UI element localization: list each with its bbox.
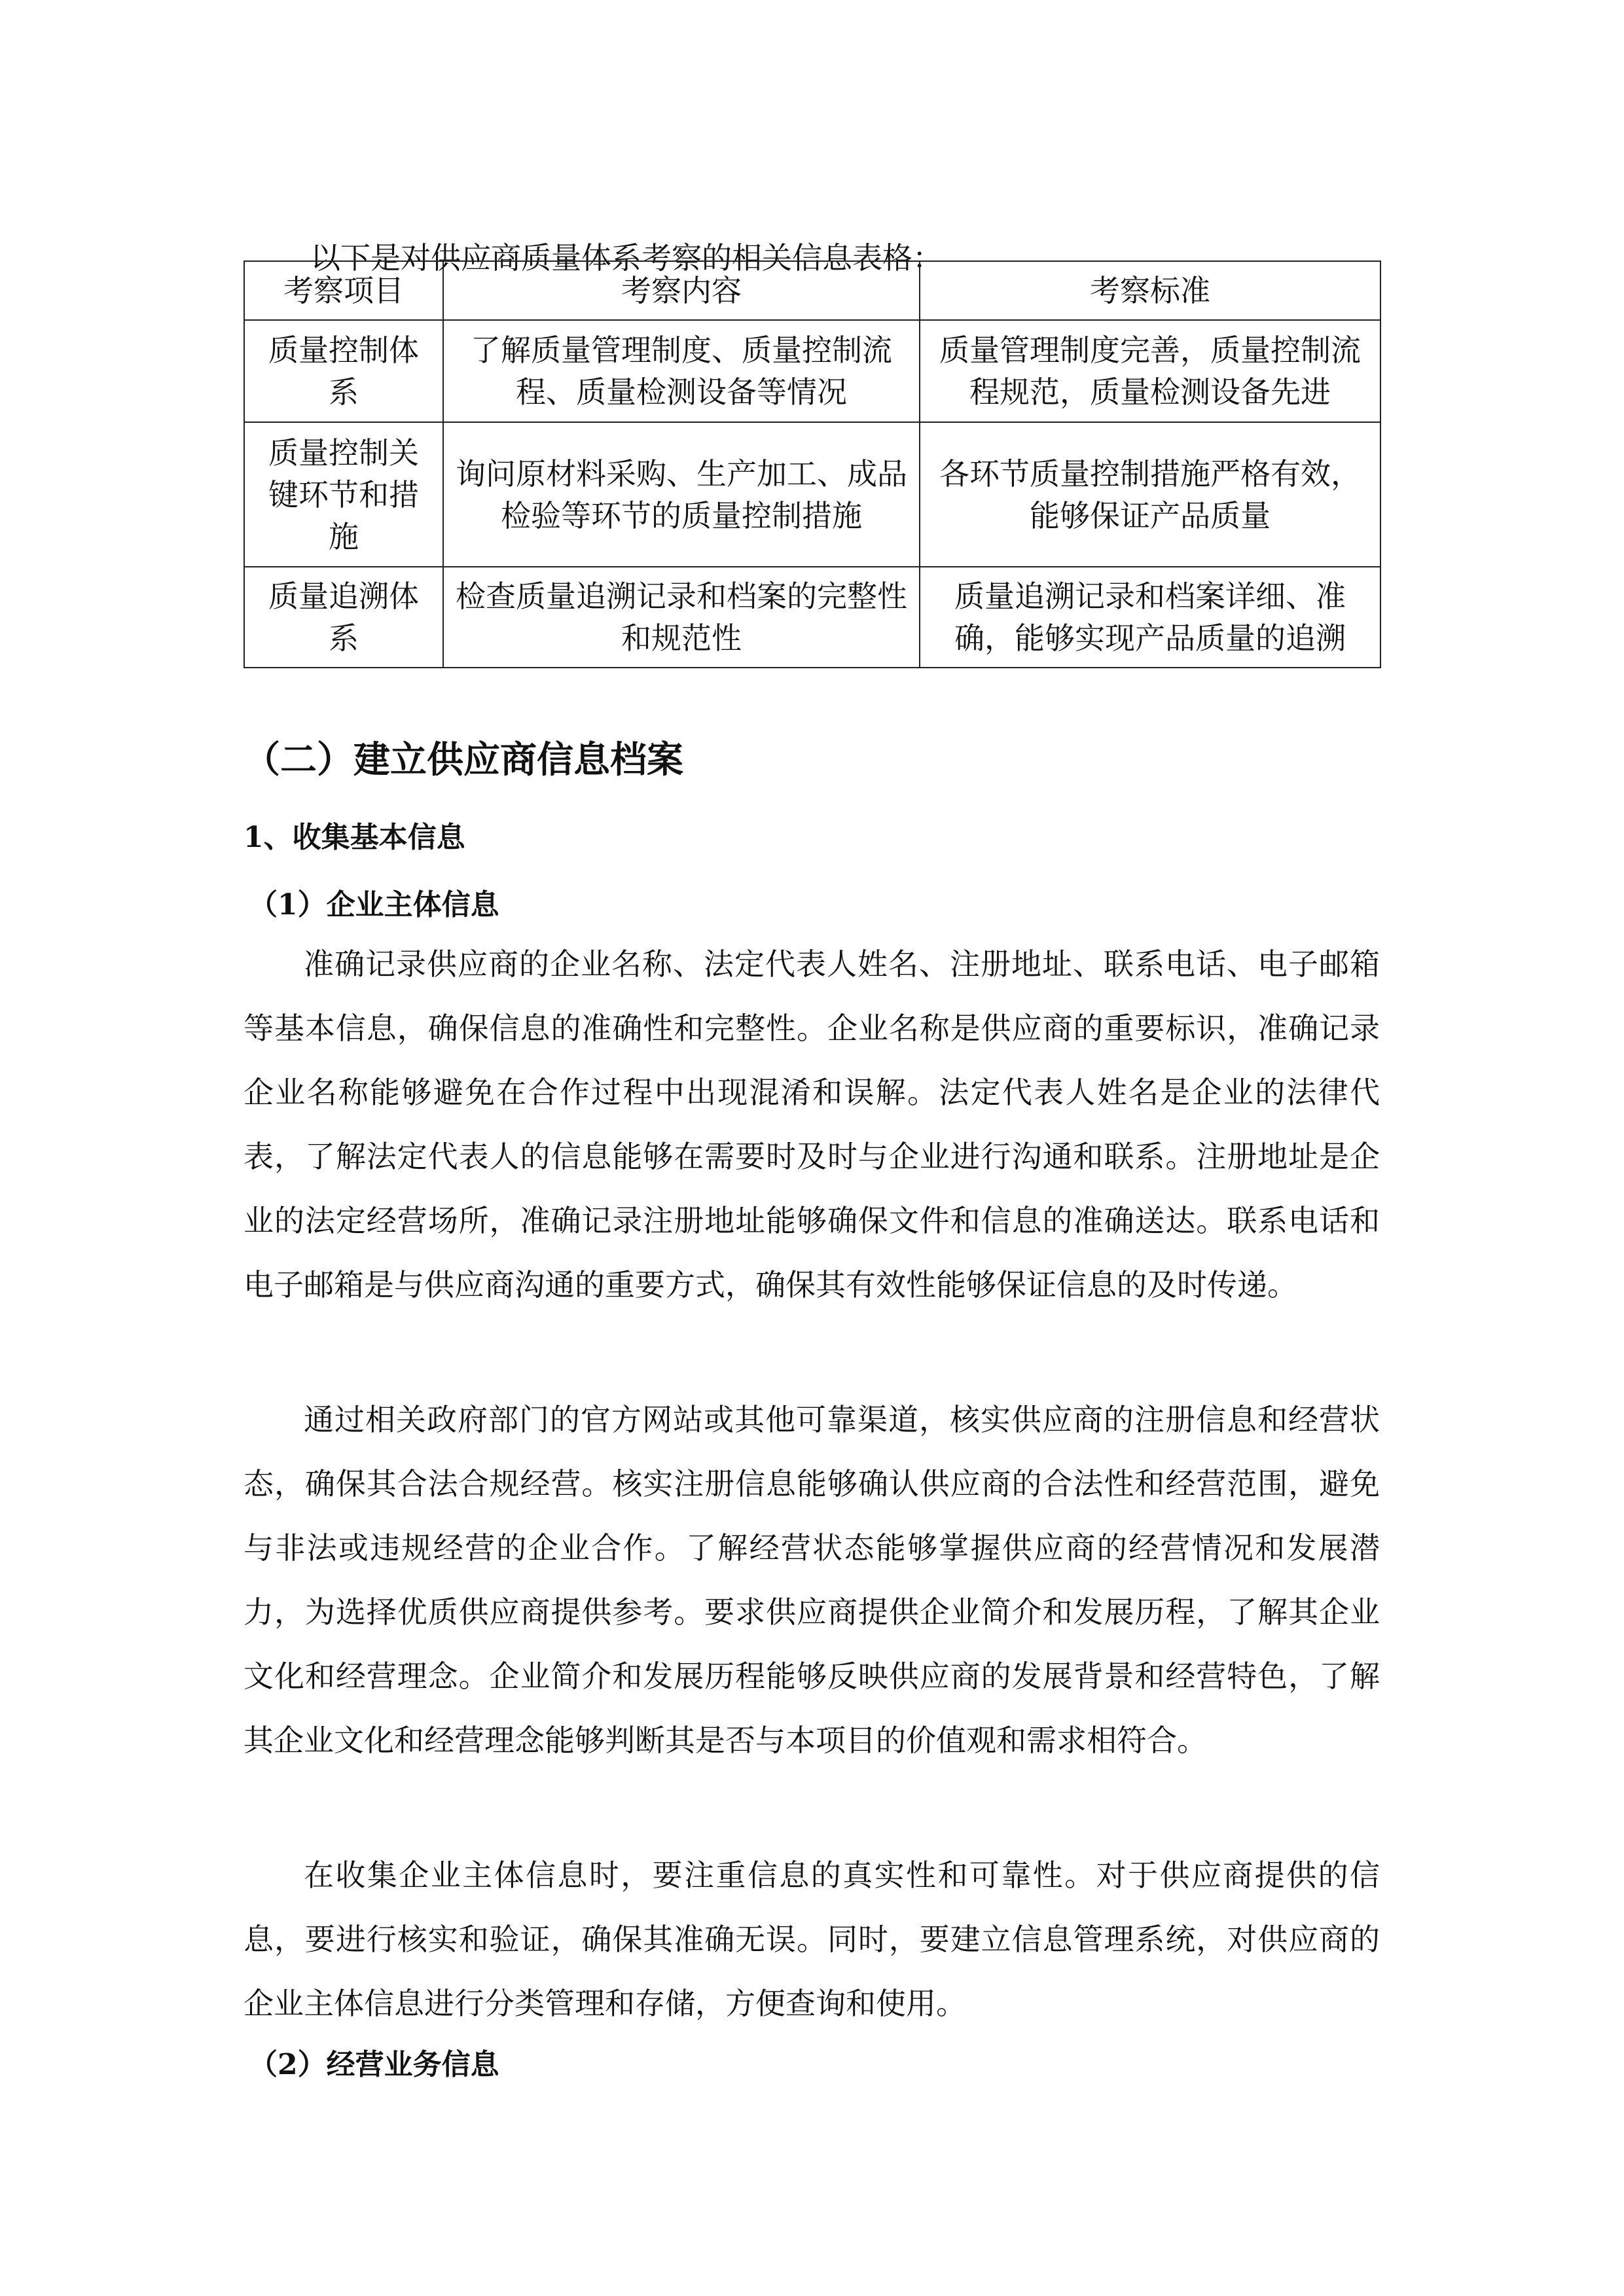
cell-item: 质量控制体系 [244, 320, 443, 422]
table-row: 质量追溯体系 检查质量追溯记录和档案的完整性和规范性 质量追溯记录和档案详细、准… [244, 567, 1380, 668]
table-row: 质量控制关键环节和措施 询问原材料采购、生产加工、成品检验等环节的质量控制措施 … [244, 422, 1380, 567]
header-survey-item: 考察项目 [244, 261, 443, 320]
cell-item: 质量追溯体系 [244, 567, 443, 668]
supplier-quality-survey-table: 考察项目 考察内容 考察标准 质量控制体系 了解质量管理制度、质量控制流程、质量… [244, 260, 1381, 668]
header-survey-content: 考察内容 [443, 261, 920, 320]
header-survey-standard: 考察标准 [920, 261, 1380, 320]
table-header-row: 考察项目 考察内容 考察标准 [244, 261, 1380, 320]
body-paragraph: 准确记录供应商的企业名称、法定代表人姓名、注册地址、联系电话、电子邮箱等基本信息… [244, 932, 1380, 1317]
cell-content: 询问原材料采购、生产加工、成品检验等环节的质量控制措施 [443, 422, 920, 567]
cell-standard: 质量追溯记录和档案详细、准确，能够实现产品质量的追溯 [920, 567, 1380, 668]
cell-item: 质量控制关键环节和措施 [244, 422, 443, 567]
cell-standard: 各环节质量控制措施严格有效，能够保证产品质量 [920, 422, 1380, 567]
body-paragraph: 通过相关政府部门的官方网站或其他可靠渠道，核实供应商的注册信息和经营状态，确保其… [244, 1388, 1380, 1772]
subsubsection-heading-business: （2）经营业务信息 [249, 2047, 499, 2083]
cell-standard: 质量管理制度完善，质量控制流程规范，质量检测设备先进 [920, 320, 1380, 422]
cell-content: 了解质量管理制度、质量控制流程、质量检测设备等情况 [443, 320, 920, 422]
body-paragraph: 在收集企业主体信息时，要注重信息的真实性和可靠性。对于供应商提供的信息，要进行核… [244, 1843, 1380, 2036]
subsubsection-heading-entity: （1）企业主体信息 [249, 887, 499, 924]
table-row: 质量控制体系 了解质量管理制度、质量控制流程、质量检测设备等情况 质量管理制度完… [244, 320, 1380, 422]
section-heading: （二）建立供应商信息档案 [244, 737, 683, 783]
cell-content: 检查质量追溯记录和档案的完整性和规范性 [443, 567, 920, 668]
subsection-heading: 1、收集基本信息 [244, 819, 465, 856]
